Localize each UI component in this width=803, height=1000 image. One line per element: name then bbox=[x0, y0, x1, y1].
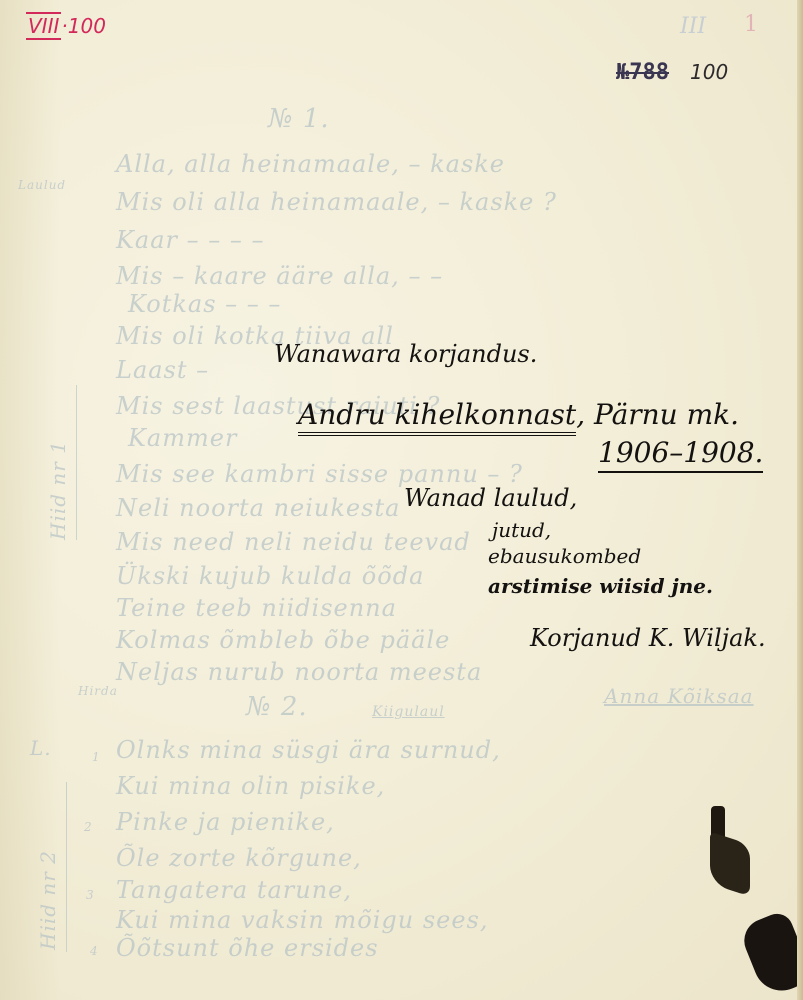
struck-inventory-stamp: №788 bbox=[616, 60, 669, 85]
county-name: , Pärnu mk. bbox=[576, 398, 739, 431]
ghost-signature: Anna Kõiksaa bbox=[604, 684, 754, 708]
ghost-verse-number: 4 bbox=[90, 944, 99, 958]
faint-red-mark: 1 bbox=[744, 12, 758, 37]
ghost-line: Pinke ja pienike, bbox=[116, 808, 335, 836]
ghost-line: Laast – bbox=[116, 356, 209, 384]
shelfmark-number: ·100 bbox=[61, 14, 106, 38]
ghost-line: Kammer bbox=[128, 424, 237, 452]
red-shelfmark: VIII·100 bbox=[26, 14, 106, 38]
ghost-line: Mis – kaare ääre alla, – – bbox=[116, 262, 443, 290]
ghost-heading-2: № 2. bbox=[246, 692, 308, 722]
ghost-line: Kui mina olin pisike, bbox=[116, 772, 385, 800]
ghost-line: Kolmas õmbleb õbe pääle bbox=[116, 626, 450, 654]
ghost-vertical-note-1: Hiid nr 1 bbox=[46, 440, 70, 540]
ghost-verse-number: 3 bbox=[86, 888, 95, 902]
ghost-line: Teine teeb niidisenna bbox=[116, 594, 397, 622]
ghost-heading-1: № 1. bbox=[268, 104, 330, 134]
ghost-margin-rule bbox=[66, 782, 67, 952]
ghost-line: Mis oli alla heinamaale, – kaske ? bbox=[116, 188, 557, 216]
ghost-line: Neli noorta neiukesta bbox=[116, 494, 400, 522]
ghost-verse-number: 2 bbox=[84, 820, 93, 834]
ghost-margin-label-1: Laulud bbox=[18, 178, 66, 192]
ghost-verse-number: 1 bbox=[92, 750, 101, 764]
collector-signature: Korjanud K. Wiljak. bbox=[530, 624, 766, 652]
ghost-line: Mis need neli neidu teevad bbox=[116, 528, 471, 556]
contents-line-3: ebausukombed bbox=[488, 544, 641, 568]
document-title: Wanawara korjandus. bbox=[274, 340, 537, 368]
place-line: Andru kihelkonnast, Pärnu mk. bbox=[298, 398, 739, 431]
collection-years: 1906–1908. bbox=[598, 436, 763, 473]
ghost-margin-label-2: Hirda bbox=[78, 684, 118, 698]
contents-line-1: Wanad laulud, bbox=[404, 484, 577, 512]
contents-line-2: jutud, bbox=[492, 518, 551, 542]
ghost-line: Õle zorte kõrgune, bbox=[116, 844, 362, 872]
ghost-margin-rule bbox=[76, 385, 77, 540]
ghost-line: Alla, alla heinamaale, – kaske bbox=[116, 150, 505, 178]
manuscript-page: VIII·100 III 1 №788 100 № 1. Laulud Alla… bbox=[0, 0, 803, 1000]
ink-blot bbox=[710, 832, 750, 897]
shelfmark-roman: VIII bbox=[26, 12, 61, 40]
ghost-margin-label-3: L. bbox=[30, 736, 52, 760]
parish-name: Andru kihelkonnast bbox=[298, 398, 576, 436]
ink-blot bbox=[738, 909, 803, 999]
ghost-line: Neljas nurub noorta meesta bbox=[116, 658, 482, 686]
contents-line-4: arstimise wiisid jne. bbox=[488, 574, 713, 598]
ghost-line: Kotkas – – – bbox=[128, 290, 281, 318]
pencil-page-number: 100 bbox=[690, 60, 728, 84]
ghost-line: Kaar – – – – bbox=[116, 226, 265, 254]
ghost-line: Olnks mina süsgi ära surnud, bbox=[116, 736, 501, 764]
faint-corner-mark: III bbox=[680, 14, 706, 39]
ghost-line: Tangatera tarune, bbox=[116, 876, 352, 904]
ghost-vertical-note-2: Hiid nr 2 bbox=[36, 850, 60, 950]
years-line: 1906–1908. bbox=[598, 436, 763, 469]
ghost-line: Kui mina vaksin mõigu sees, bbox=[116, 906, 488, 934]
ghost-heading-2-sub: Kiigulaul bbox=[372, 704, 445, 720]
ghost-line: Õõtsunt õhe ersides bbox=[116, 934, 379, 962]
ghost-line: Ükski kujub kulda õõda bbox=[116, 562, 424, 590]
